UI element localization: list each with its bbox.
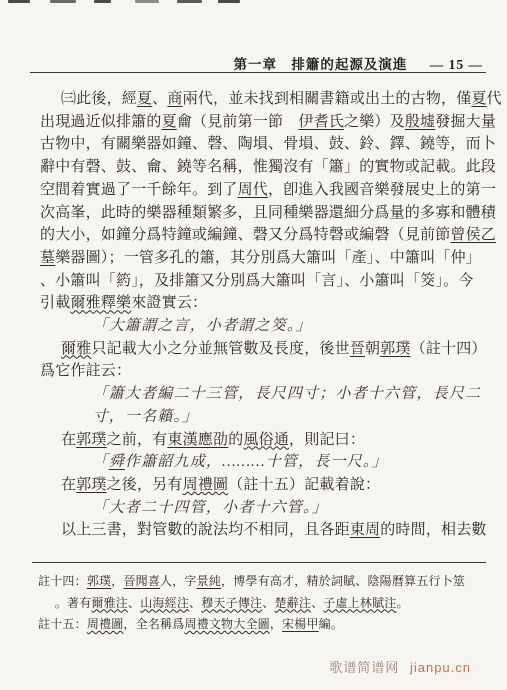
text-run: 註十四： <box>38 574 87 588</box>
proper-noun-mark: 曾侯乙 <box>450 227 496 243</box>
book-title-mark: 周禮文物大全圖 <box>184 617 269 631</box>
proper-noun-mark: 郭璞 <box>76 432 106 448</box>
text-line: 爾雅只記載大小之分並無管數及長度，後世晉朝郭璞（註十四） <box>40 338 488 361</box>
text-run: 、小簫叫「箹」，及排簫又分別爲大簫叫「言」、小簫叫「筊」。今 <box>40 273 474 289</box>
book-title-mark: 周禮圖 <box>183 477 229 493</box>
proper-noun-mark: 伊耆氏 <box>298 114 344 130</box>
text-run: ，全名稱爲 <box>123 617 184 631</box>
text-line: 墓樂器圖）；一管多孔的簫，其分別爲大簫叫「產」、中簫叫「仲」 <box>40 247 488 270</box>
proper-noun-mark: 晉 <box>350 341 365 357</box>
book-title-mark: 楚辭注 <box>274 596 311 610</box>
proper-noun-mark: 東周 <box>350 522 380 538</box>
text-run: 「簫大者編二十三管，長尺四寸；小者十六管，長尺二 <box>93 386 482 402</box>
text-line: 「大者二十四管，小者十六管。」 <box>40 497 488 520</box>
text-run: 爲它作註云： <box>40 363 131 379</box>
text-line: 空間着實過了一千餘年。到了周代，卽進入我國音樂發展史上的第一 <box>40 179 488 202</box>
text-run: 人，字 <box>160 574 197 588</box>
book-title-mark: 爾雅釋樂 <box>70 295 131 311</box>
text-run: ， <box>111 574 123 588</box>
text-line: 辭中有磬、鼓、龠、鐃等名稱，惟獨沒有「簫」的實物或記載。此段 <box>40 156 488 179</box>
proper-noun-mark: 殷墟 <box>405 114 435 130</box>
text-line: 出現過近似排簫的夏龠（見前第一節 伊耆氏之樂）及殷墟發掘大量 <box>40 111 488 134</box>
text-run: 次高峯，此時的樂器種類繁多，且同種樂器還細分爲量的多寡和體積 <box>40 205 496 221</box>
text-line: 註十四：郭璞，晉聞喜人，字景純，博學有高才，精於詞賦、陰陽曆算五行卜筮 <box>38 571 490 593</box>
text-run: 之前，有 <box>107 432 168 448</box>
text-run: 。 <box>396 596 408 610</box>
text-run: 來證實云： <box>131 295 207 311</box>
header-rule <box>30 72 486 73</box>
book-title-mark: 周禮圖 <box>87 617 124 631</box>
text-run: ㈢此後，經 <box>61 91 137 107</box>
text-run: 、 <box>311 596 323 610</box>
text-line: 的大小，如鐘分爲特鐘或編鐘、磬又分爲特磬或編磬（見前節曾侯乙 <box>40 224 488 247</box>
text-run: 在 <box>61 477 76 493</box>
text-run: 朝 <box>365 341 380 357</box>
chapter-title: 排簫的起源及演進 <box>291 57 407 72</box>
text-line: 、小簫叫「箹」，及排簫又分別爲大簫叫「言」、小簫叫「筊」。今 <box>40 270 488 293</box>
text-line: 寸，一名籟。」 <box>40 406 488 429</box>
footnotes: 註十四：郭璞，晉聞喜人，字景純，博學有高才，精於詞賦、陰陽曆算五行卜筮。著有爾雅… <box>38 571 490 636</box>
text-run: 引載 <box>40 295 70 311</box>
book-title-mark: 爾雅 <box>61 341 91 357</box>
text-run: 出現過近似排簫的 <box>40 114 162 130</box>
footnote-rule <box>32 562 486 563</box>
text-run: ，則記曰： <box>289 432 365 448</box>
watermark-site-url: jianpu.cn <box>410 660 471 675</box>
text-run: ， <box>270 617 282 631</box>
text-run: 龠（見前第一節 <box>177 114 299 130</box>
text-line: 在郭璞之前，有東漢應劭的風俗通，則記曰： <box>40 429 488 452</box>
text-run: 註十五： <box>38 617 87 631</box>
proper-noun-mark: 應劭 <box>198 432 228 448</box>
book-title-mark: 子虛上林賦注 <box>323 596 396 610</box>
text-run: 兩代，並未找到相關書籍或出土的古物，僅 <box>183 91 472 107</box>
book-title-mark: 風俗通 <box>243 432 289 448</box>
proper-noun-mark: 夏 <box>162 114 177 130</box>
text-run: 在 <box>61 432 76 448</box>
proper-noun-mark: 東漢 <box>167 432 197 448</box>
text-run: 。著有 <box>55 596 92 610</box>
proper-noun-mark: 楊甲 <box>294 617 318 631</box>
text-run: 「大者二十四管，小者十六管。」 <box>93 500 329 516</box>
text-run: ，卽進入我國音樂發展史上的第一 <box>268 182 496 198</box>
text-run: 只記載大小之分並無管數及長度，後世 <box>91 341 349 357</box>
text-run: 以上三書，對管數的說法均不相同，且各距 <box>61 522 350 538</box>
chapter-label: 第一章 <box>234 57 278 72</box>
book-title-mark: 爾雅注 <box>91 596 128 610</box>
text-run: 、 <box>152 91 167 107</box>
text-line: 古物中，有關樂器如鐘、磬、陶塤、骨塤、鼓、鈴、鐸、鐃等，而卜 <box>40 133 488 156</box>
text-line: 註十五：周禮圖，全名稱爲周禮文物大全圖，宋楊甲編。 <box>38 614 490 636</box>
text-run: （註十五）記載着說： <box>228 477 380 493</box>
proper-noun-mark: 舜 <box>109 454 125 470</box>
book-title-mark: 山海經注 <box>140 596 189 610</box>
text-line: 以上三書，對管數的說法均不相同，且各距東周的時間，相去數 <box>40 519 488 542</box>
text-line: 「簫大者編二十三管，長尺四寸；小者十六管，長尺二 <box>40 383 488 406</box>
proper-noun-mark: 郭璞 <box>87 574 111 588</box>
text-run: 的 <box>228 432 243 448</box>
text-line: 「舜作簫韶九成，………十管，長一尺。」 <box>40 451 488 474</box>
text-run: 、 <box>262 596 274 610</box>
text-run: 編。 <box>319 617 343 631</box>
scan-artifact-dashes <box>8 0 240 4</box>
text-run: 作簫韶九成，………十管，長一尺。」 <box>125 454 388 470</box>
text-line: 「大簫謂之言，小者謂之筊。」 <box>40 315 488 338</box>
proper-noun-mark: 景純 <box>197 574 221 588</box>
text-line: 爲它作註云： <box>40 360 488 383</box>
text-run: 空間着實過了一千餘年。到了 <box>40 182 238 198</box>
page-number: — 15 — <box>430 57 483 72</box>
book-title-mark: 穆天子傳注 <box>201 596 262 610</box>
watermark: 歌谱简谱网 jianpu.cn <box>329 657 471 676</box>
body-text: ㈢此後，經夏、商兩代，並未找到相關書籍或出土的古物，僅夏代出現過近似排簫的夏龠（… <box>40 88 488 542</box>
text-run: 「 <box>93 454 109 470</box>
text-run: 「大簫謂之言，小者謂之筊。」 <box>93 318 312 334</box>
text-run: 寸，一名籟。」 <box>93 409 199 425</box>
text-run: （註十四） <box>411 341 487 357</box>
proper-noun-mark: 郭璞 <box>76 477 106 493</box>
text-line: 次高峯，此時的樂器種類繁多，且同種樂器還細分爲量的多寡和體積 <box>40 202 488 225</box>
text-run: 之樂）及 <box>344 114 405 130</box>
proper-noun-mark: 夏 <box>137 91 152 107</box>
text-run: 、 <box>189 596 201 610</box>
proper-noun-mark: 郭璞 <box>380 341 410 357</box>
text-run: ，博學有高才，精於詞賦、陰陽曆算五行卜筮 <box>221 574 465 588</box>
text-run: 古物中，有關樂器如鐘、磬、陶塤、骨塤、鼓、鈴、鐸、鐃等，而卜 <box>40 136 496 152</box>
text-line: 引載爾雅釋樂來證實云： <box>40 292 488 315</box>
text-run: 之後，另有 <box>107 477 183 493</box>
proper-noun-mark: 商 <box>167 91 182 107</box>
text-line: 在郭璞之後，另有周禮圖（註十五）記載着說： <box>40 474 488 497</box>
proper-noun-mark: 宋 <box>282 617 294 631</box>
text-run: 的大小，如鐘分爲特鐘或編鐘、磬又分爲特磬或編磬（見前節 <box>40 227 450 243</box>
proper-noun-mark: 夏 <box>471 91 486 107</box>
proper-noun-mark: 周代 <box>238 182 268 198</box>
watermark-site-name: 歌谱简谱网 <box>329 660 399 675</box>
text-run: 辭中有磬、鼓、龠、鐃等名稱，惟獨沒有「簫」的實物或記載。此段 <box>40 159 496 175</box>
proper-noun-mark: 晉聞喜 <box>123 574 160 588</box>
running-head: 第一章 排簫的起源及演進 — 15 — <box>30 53 483 73</box>
text-line: 。著有爾雅注、山海經注、穆天子傳注、楚辭注、子虛上林賦注。 <box>38 593 490 615</box>
text-run: 的時間，相去數 <box>380 522 486 538</box>
text-run: 樂器圖）；一管多孔的簫，其分別爲大簫叫「產」、中簫叫「仲」 <box>55 250 481 266</box>
text-run: 、 <box>128 596 140 610</box>
text-run: 代 <box>487 91 502 107</box>
text-line: ㈢此後，經夏、商兩代，並未找到相關書籍或出土的古物，僅夏代 <box>40 88 488 111</box>
proper-noun-mark: 墓 <box>40 250 55 266</box>
text-run: 發掘大量 <box>435 114 496 130</box>
